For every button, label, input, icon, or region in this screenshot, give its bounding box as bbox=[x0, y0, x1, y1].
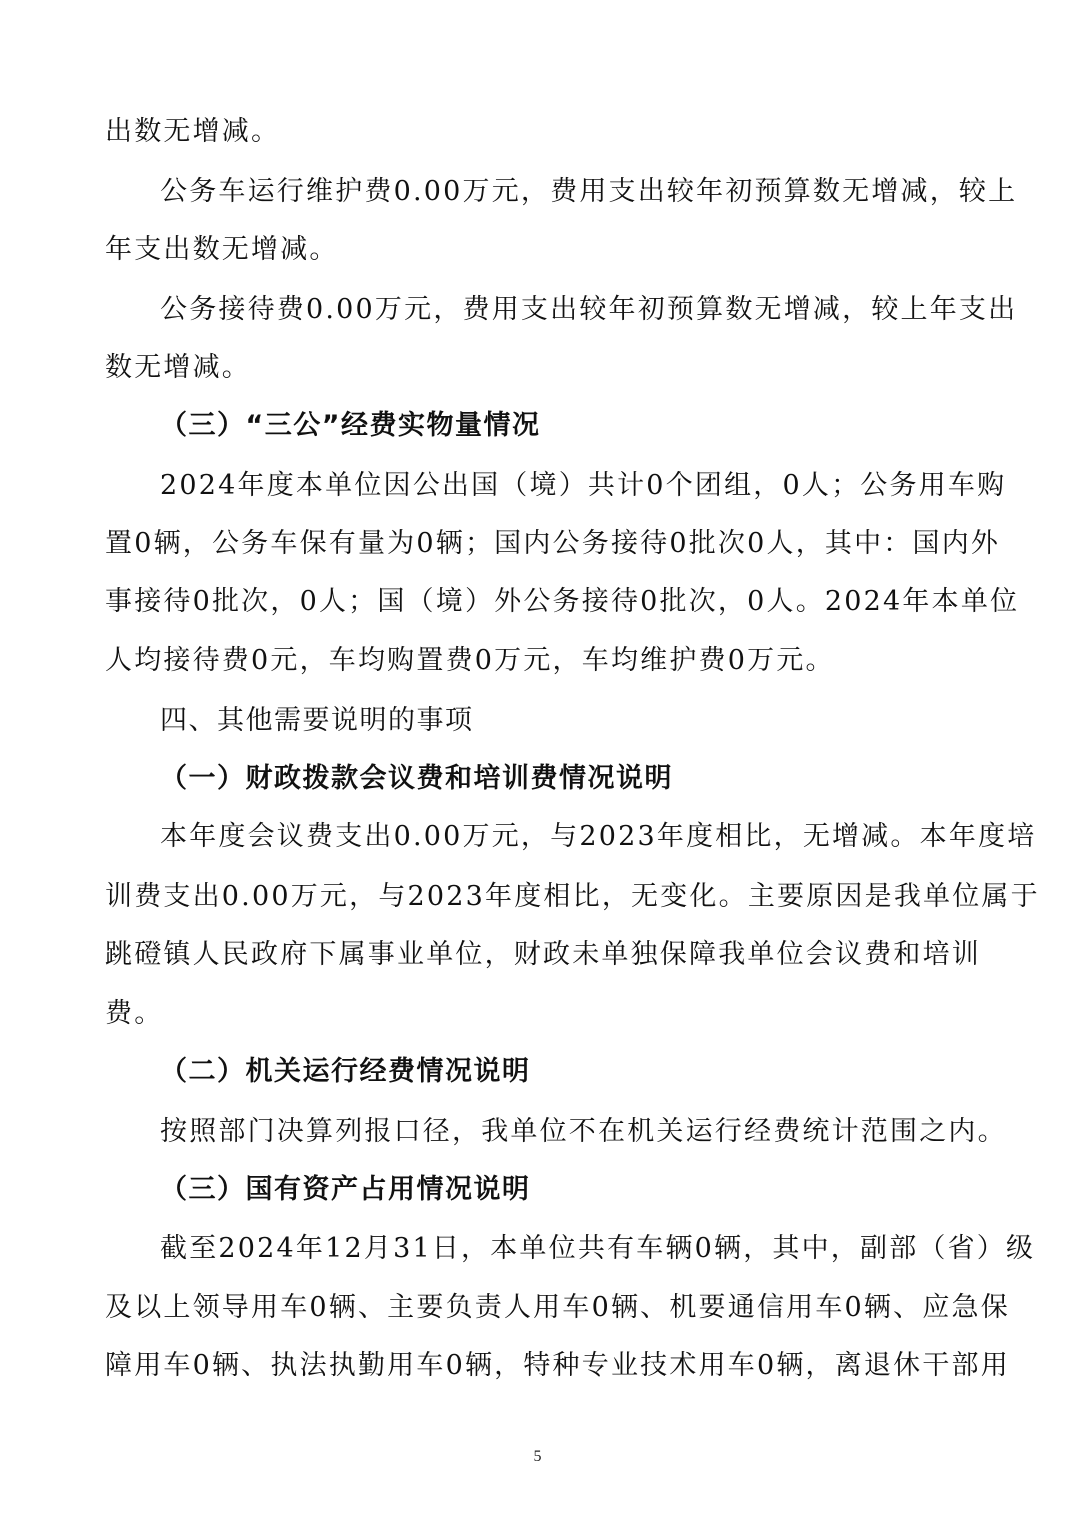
section-subheading: （二）机关运行经费情况说明 bbox=[160, 1054, 1030, 1090]
paragraph-line: 按照部门决算列报口径，我单位不在机关运行经费统计范围之内。 bbox=[160, 1114, 975, 1150]
section-subheading: （三）“三公”经费实物量情况 bbox=[160, 408, 1030, 444]
paragraph-line: 人均接待费0元，车均购置费0万元，车均维护费0万元。 bbox=[105, 643, 975, 679]
section-subheading: （三）国有资产占用情况说明 bbox=[160, 1172, 1030, 1208]
paragraph-line: 2024年度本单位因公出国（境）共计0个团组，0人；公务用车购 bbox=[160, 468, 975, 504]
paragraph-line: 年支出数无增减。 bbox=[105, 232, 975, 268]
paragraph-line: 训费支出0.00万元，与2023年度相比，无变化。主要原因是我单位属于 bbox=[105, 879, 975, 915]
page-number: 5 bbox=[0, 1448, 1075, 1466]
paragraph-line: 数无增减。 bbox=[105, 350, 975, 386]
paragraph-line: 公务车运行维护费0.00万元，费用支出较年初预算数无增减，较上 bbox=[160, 174, 975, 210]
section-subheading: （一）财政拨款会议费和培训费情况说明 bbox=[160, 761, 1030, 797]
document-page: 出数无增减。 公务车运行维护费0.00万元，费用支出较年初预算数无增减，较上 年… bbox=[0, 0, 1075, 1520]
paragraph-line: 障用车0辆、执法执勤用车0辆，特种专业技术用车0辆，离退休干部用 bbox=[105, 1348, 975, 1384]
paragraph-line: 出数无增减。 bbox=[105, 114, 975, 150]
paragraph-line: 及以上领导用车0辆、主要负责人用车0辆、机要通信用车0辆、应急保 bbox=[105, 1290, 975, 1326]
paragraph-line: 置0辆，公务车保有量为0辆；国内公务接待0批次0人，其中：国内外 bbox=[105, 526, 975, 562]
paragraph-line: 公务接待费0.00万元，费用支出较年初预算数无增减，较上年支出 bbox=[160, 292, 975, 328]
paragraph-line: 本年度会议费支出0.00万元，与2023年度相比，无增减。本年度培 bbox=[160, 819, 975, 855]
paragraph-line: 事接待0批次，0人；国（境）外公务接待0批次，0人。2024年本单位 bbox=[105, 584, 975, 620]
paragraph-line: 费。 bbox=[105, 996, 975, 1032]
section-heading: 四、其他需要说明的事项 bbox=[160, 703, 975, 739]
paragraph-line: 截至2024年12月31日，本单位共有车辆0辆，其中，副部（省）级 bbox=[160, 1231, 975, 1267]
paragraph-line: 跳磴镇人民政府下属事业单位，财政未单独保障我单位会议费和培训 bbox=[105, 937, 975, 973]
